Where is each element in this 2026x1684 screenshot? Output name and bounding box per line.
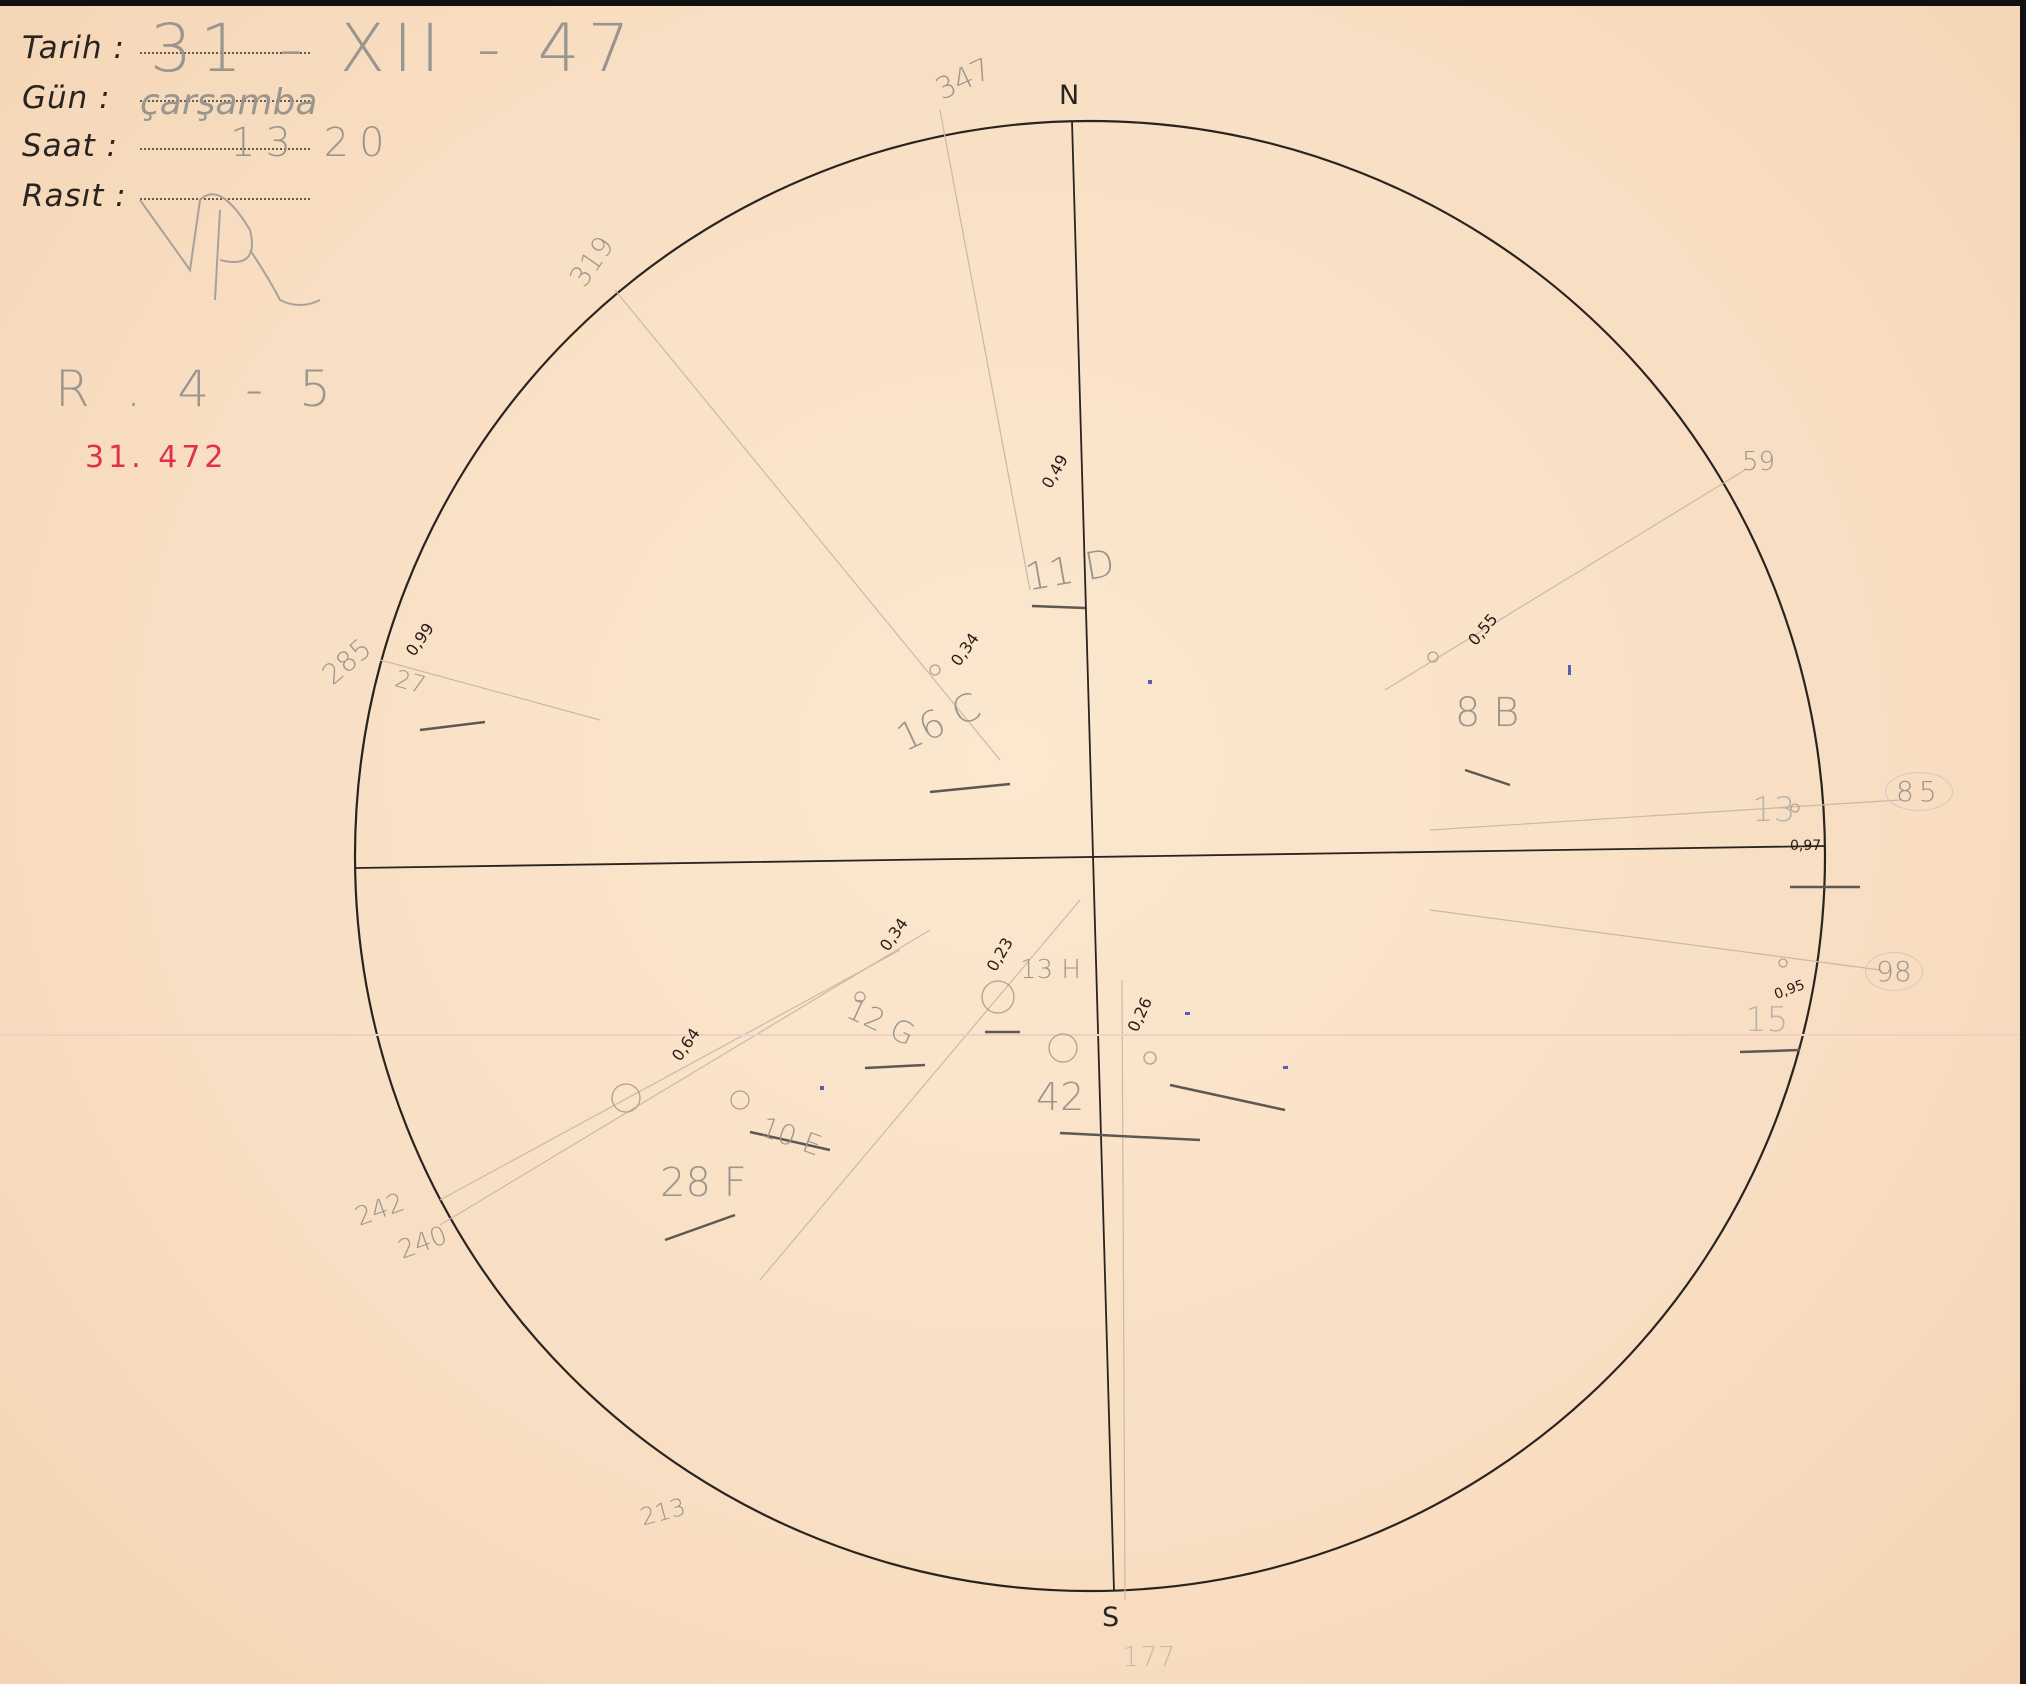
group-label: 8 B — [1455, 690, 1519, 736]
group-label: 28 F — [660, 1160, 747, 1206]
rim-angle-label: 59 — [1742, 447, 1775, 477]
pencil-strokes — [420, 606, 1860, 1240]
disk-outline — [355, 121, 1825, 1591]
group-label: 42 — [1036, 1075, 1084, 1119]
ew-axis — [355, 846, 1826, 868]
sunspot-sketches — [612, 652, 1799, 1112]
ink-value: 0,97 — [1790, 838, 1821, 854]
south-label: S — [1102, 1602, 1119, 1633]
group-label: 13 — [1752, 790, 1795, 830]
group-label: 15 — [1745, 1000, 1788, 1040]
rim-angle-label: 177 — [1122, 1640, 1175, 1673]
rim-angle-label: 85 — [1885, 772, 1953, 811]
rim-angle-label: 98 — [1865, 952, 1923, 991]
group-label: 13 H — [1020, 955, 1081, 985]
signature-scribble — [140, 194, 320, 305]
north-label: N — [1059, 80, 1079, 111]
solar-disk-drawing — [0, 0, 2026, 1684]
pencil-guide-lines — [380, 110, 1900, 1600]
